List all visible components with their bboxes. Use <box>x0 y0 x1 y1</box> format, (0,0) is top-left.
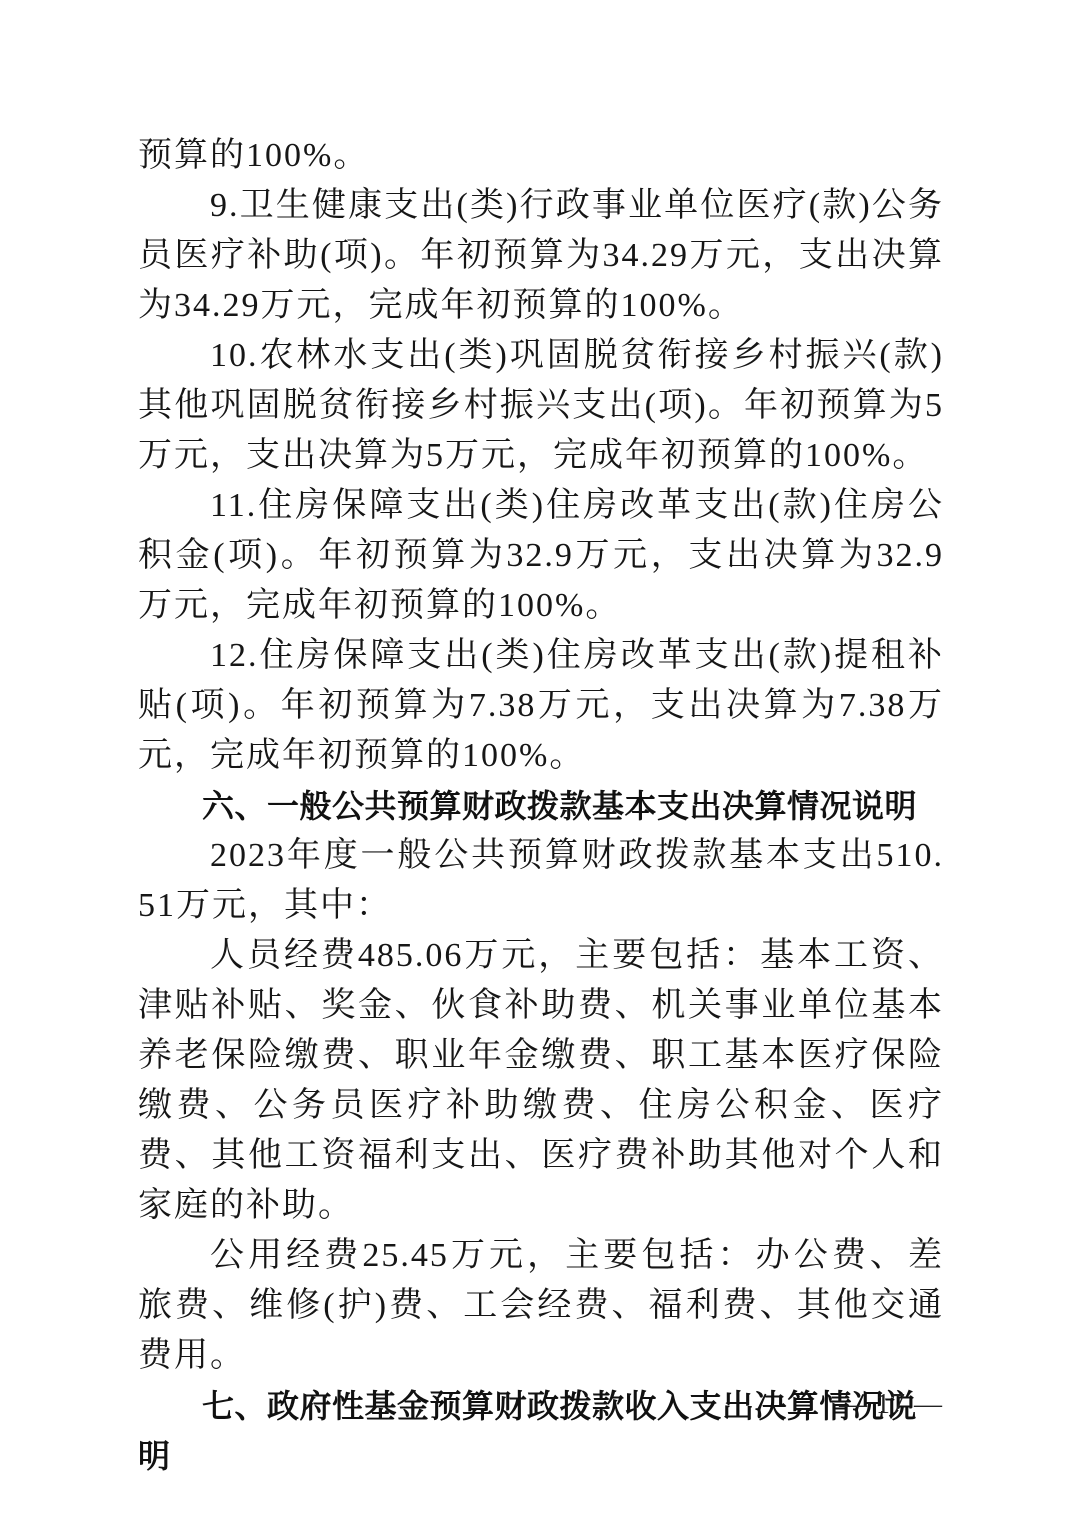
personnel-funds-paragraph: 人员经费485.06万元，主要包括：基本工资、津贴补贴、奖金、伙食补助费、机关事… <box>138 931 944 1231</box>
expense-item-10: 10.农林水支出(类)巩固脱贫衔接乡村振兴(款)其他巩固脱贫衔接乡村振兴支出(项… <box>138 331 944 481</box>
expense-item-11: 11.住房保障支出(类)住房改革支出(款)住房公积金(项)。年初预算为32.9万… <box>138 481 944 631</box>
document-body: 预算的100%。 9.卫生健康支出(类)行政事业单位医疗(款)公务员医疗补助(项… <box>138 131 944 1481</box>
document-page: 预算的100%。 9.卫生健康支出(类)行政事业单位医疗(款)公务员医疗补助(项… <box>0 0 1074 1520</box>
page-number: — 17 — <box>839 1388 943 1422</box>
section-heading-seven: 七、政府性基金预算财政拨款收入支出决算情况说明 <box>138 1381 944 1481</box>
expense-item-9: 9.卫生健康支出(类)行政事业单位医疗(款)公务员医疗补助(项)。年初预算为34… <box>138 181 944 331</box>
expense-item-12: 12.住房保障支出(类)住房改革支出(款)提租补贴(项)。年初预算为7.38万元… <box>138 631 944 781</box>
basic-expenditure-summary-paragraph: 2023年度一般公共预算财政拨款基本支出510.51万元，其中： <box>138 831 944 931</box>
public-funds-paragraph: 公用经费25.45万元，主要包括：办公费、差旅费、维修(护)费、工会经费、福利费… <box>138 1231 944 1381</box>
continued-paragraph: 预算的100%。 <box>138 131 944 181</box>
section-heading-six: 六、一般公共预算财政拨款基本支出决算情况说明 <box>138 781 944 831</box>
